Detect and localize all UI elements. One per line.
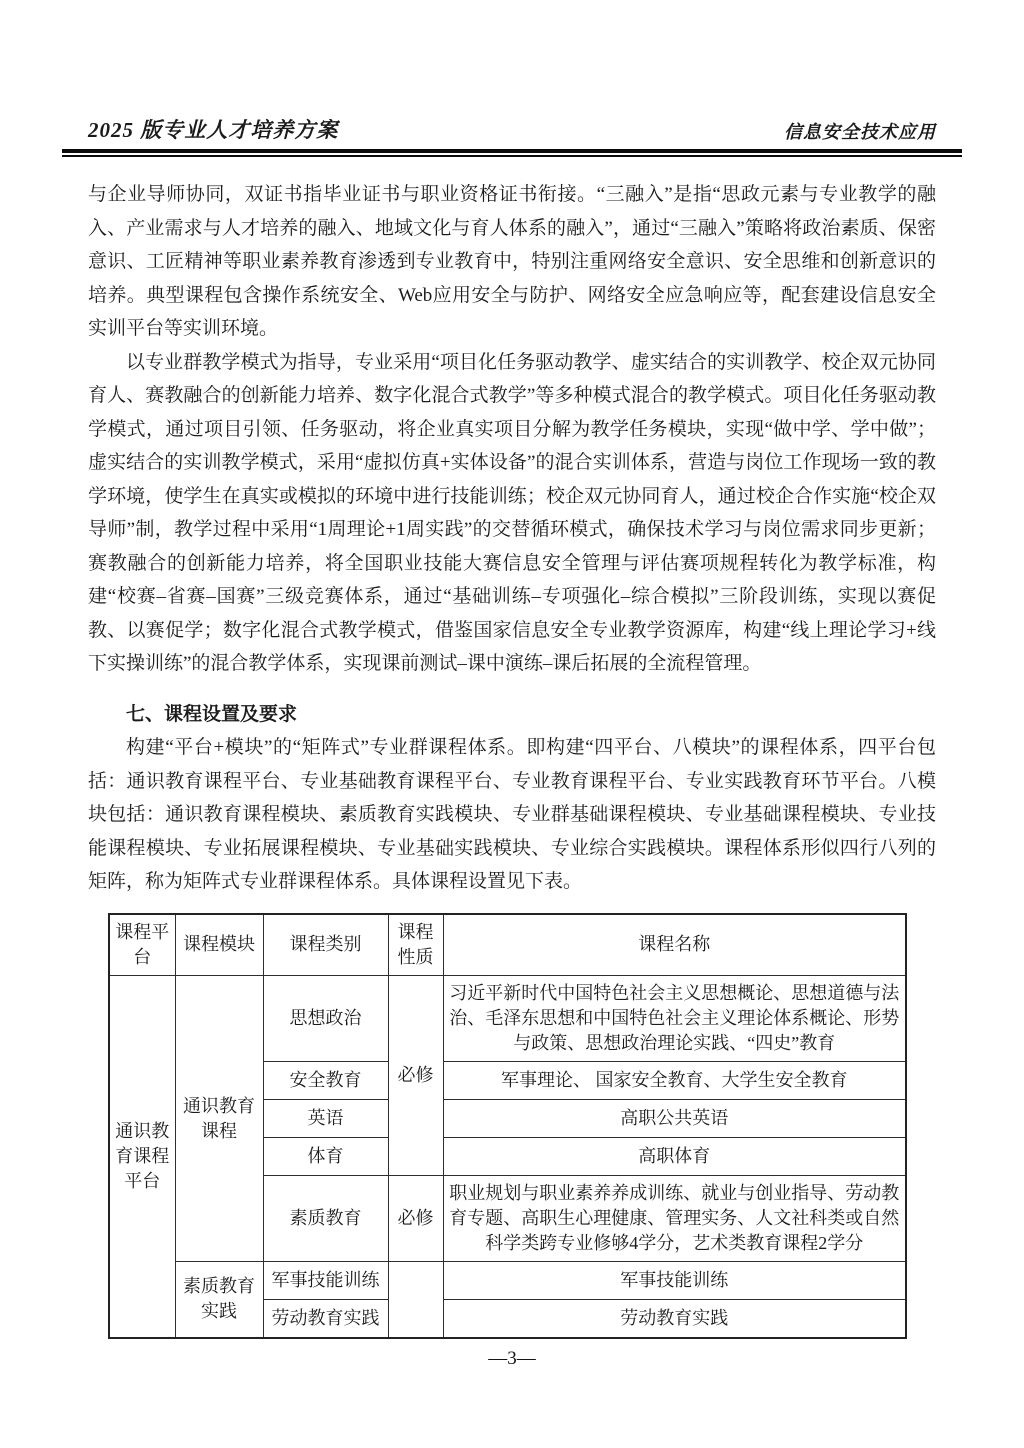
column-header-category: 课程类别 [263,914,388,976]
cell-nature-required: 必修 [388,976,443,1176]
cell-courses: 职业规划与职业素养养成训练、就业与创业指导、劳动教育专题、高职生心理健康、管理实… [443,1176,906,1262]
table-row: 素质教育实践 军事技能训练 军事技能训练 [109,1262,906,1300]
cell-category: 体育 [263,1138,388,1176]
cell-courses: 习近平新时代中国特色社会主义思想概论、思想道德与法治、毛泽东思想和中国特色社会主… [443,976,906,1062]
header-double-rule [62,149,962,157]
page-content: 2025 版专业人才培养方案 信息安全技术应用 与企业导师协同，双证书指毕业证书… [88,0,936,1339]
cell-module-general-education: 通识教育课程 [175,976,263,1262]
running-header: 2025 版专业人才培养方案 信息安全技术应用 [88,0,936,144]
table-row: 通识教育课程平台 通识教育课程 思想政治 必修 习近平新时代中国特色社会主义思想… [109,976,906,1062]
paragraph-continuation: 与企业导师协同，双证书指毕业证书与职业资格证书衔接。“三融入”是指“思政元素与专… [88,178,936,346]
cell-courses: 军事技能训练 [443,1262,906,1300]
cell-category: 安全教育 [263,1062,388,1100]
table-header-row: 课程平台 课程模块 课程类别 课程性质 课程名称 [109,914,906,976]
cell-category: 英语 [263,1100,388,1138]
document-page: { "page_header": { "left": "2025 版专业人才培养… [0,0,1024,1448]
course-table: 课程平台 课程模块 课程类别 课程性质 课程名称 通识教育课程平台 通识教育课程… [108,913,907,1339]
cell-courses: 劳动教育实践 [443,1300,906,1338]
cell-platform: 通识教育课程平台 [109,976,175,1338]
column-header-nature: 课程性质 [388,914,443,976]
section-heading-course-setup: 七、课程设置及要求 [88,698,936,732]
header-right-title: 信息安全技术应用 [784,118,936,144]
cell-nature-required: 必修 [388,1176,443,1262]
document-body: 与企业导师协同，双证书指毕业证书与职业资格证书衔接。“三融入”是指“思政元素与专… [88,178,936,1339]
cell-module-quality-practice: 素质教育实践 [175,1262,263,1338]
cell-category: 素质教育 [263,1176,388,1262]
cell-courses: 高职公共英语 [443,1100,906,1138]
course-table-body: 通识教育课程平台 通识教育课程 思想政治 必修 习近平新时代中国特色社会主义思想… [109,976,906,1338]
paragraph-teaching-modes: 以专业群教学模式为指导，专业采用“项目化任务驱动教学、虚实结合的实训教学、校企双… [88,346,936,681]
cell-category: 思想政治 [263,976,388,1062]
cell-nature-empty [388,1262,443,1338]
header-left-title: 2025 版专业人才培养方案 [88,114,338,144]
cell-category: 军事技能训练 [263,1262,388,1300]
column-header-module: 课程模块 [175,914,263,976]
course-table-header: 课程平台 课程模块 课程类别 课程性质 课程名称 [109,914,906,976]
column-header-platform: 课程平台 [109,914,175,976]
paragraph-curriculum-matrix: 构建“平台+模块”的“矩阵式”专业群课程体系。即构建“四平台、八模块”的课程体系… [88,731,936,899]
cell-courses: 军事理论、 国家安全教育、大学生安全教育 [443,1062,906,1100]
cell-courses: 高职体育 [443,1138,906,1176]
page-number: —3— [0,1348,1024,1370]
cell-category: 劳动教育实践 [263,1300,388,1338]
column-header-name: 课程名称 [443,914,906,976]
